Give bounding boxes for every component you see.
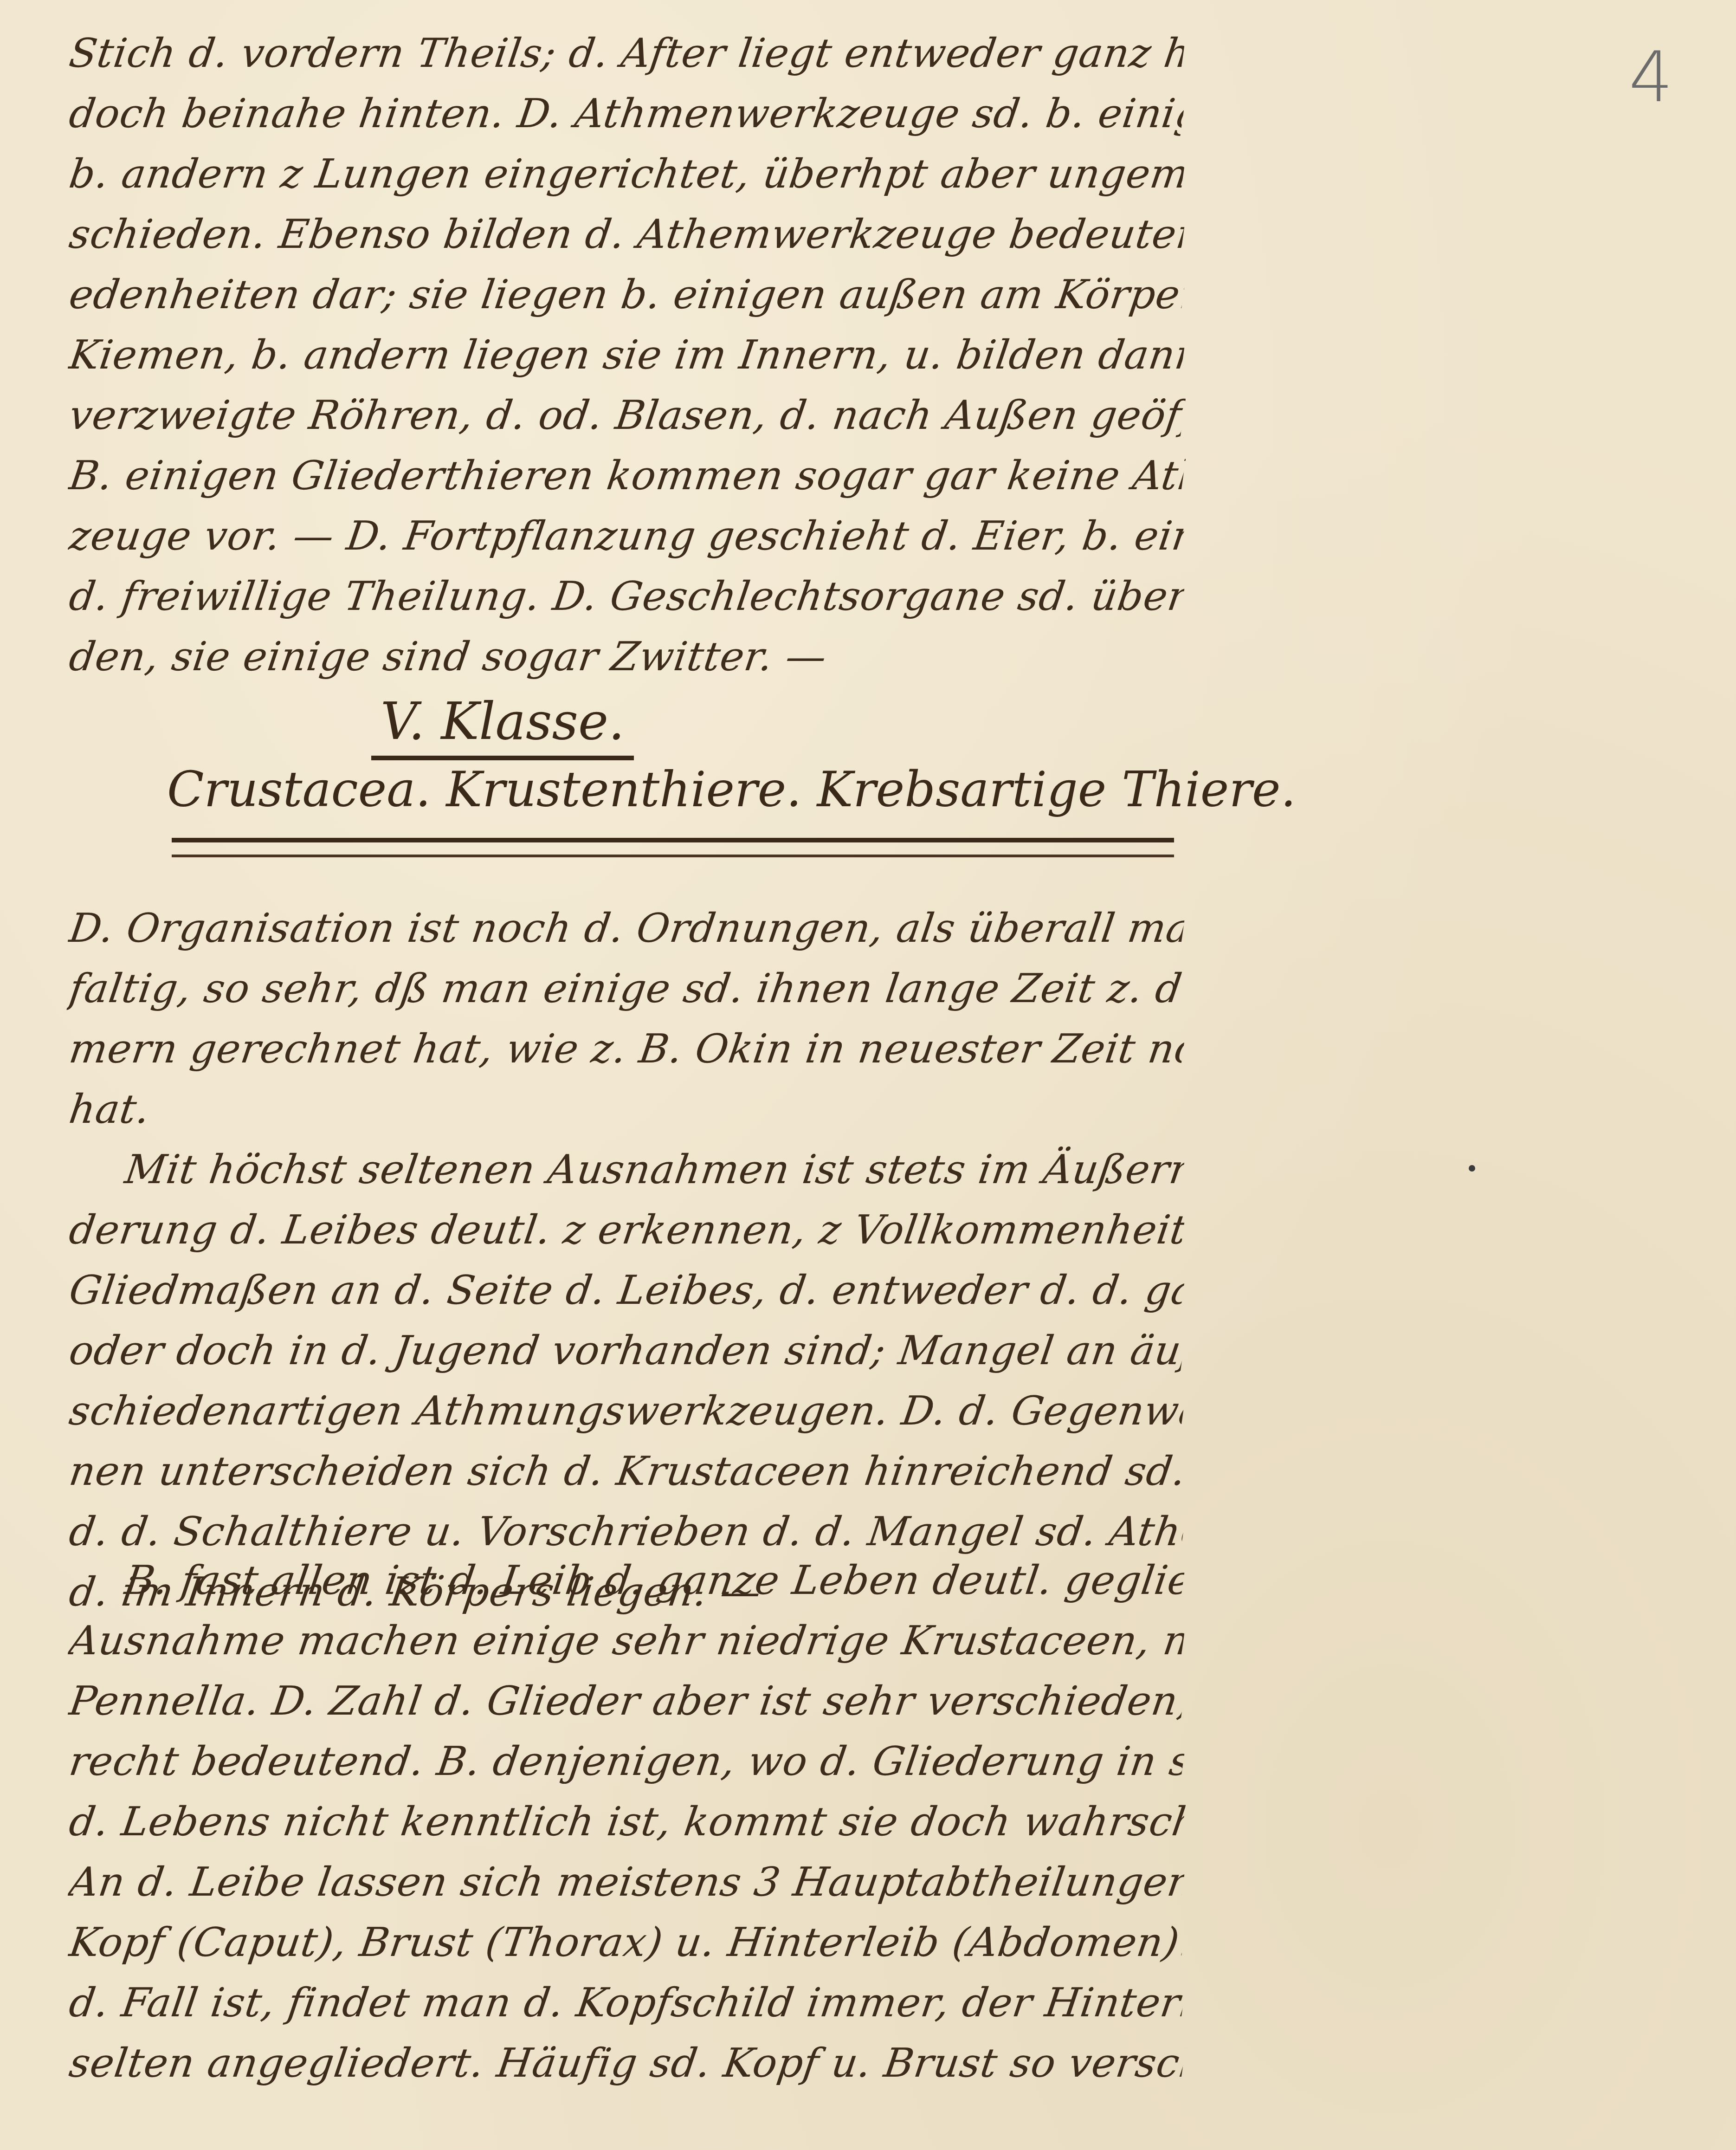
text-line: selten angegliedert. Häufig sd. Kopf u. … [65, 2033, 1187, 2093]
text-line: D. Organisation ist noch d. Ordnungen, a… [65, 898, 1187, 958]
text-line: d. Lebens nicht kenntlich ist, kommt sie… [65, 1792, 1187, 1852]
text-line: Stich d. vordern Theils; d. After liegt … [65, 23, 1187, 84]
text-line: Mit höchst seltenen Ausnahmen ist stets … [65, 1140, 1187, 1200]
text-line: B. fast allen ist d. Leib d. ganze Leben… [65, 1550, 1187, 1611]
text-line: An d. Leibe lassen sich meistens 3 Haupt… [65, 1852, 1187, 1912]
text-line: edenheiten dar; sie liegen b. einigen au… [65, 265, 1187, 325]
ink-spot [1469, 1165, 1475, 1172]
text-line: b. andern z Lungen eingerichtet, überhpt… [65, 144, 1187, 204]
paragraph-3: Mit höchst seltenen Ausnahmen ist stets … [70, 1140, 1183, 1622]
text-line: Kiemen, b. andern liegen sie im Innern, … [65, 325, 1187, 385]
text-line: nen unterscheiden sich d. Krustaceen hin… [65, 1441, 1187, 1502]
text-line: doch beinahe hinten. D. Athmenwerkzeuge … [65, 84, 1187, 144]
section-number: V. Klasse. [371, 692, 634, 760]
text-line: d. freiwillige Theilung. D. Geschlechtso… [65, 566, 1187, 627]
text-line: schiedenartigen Athmungswerkzeugen. D. d… [65, 1381, 1187, 1441]
text-line: verzweigte Röhren, d. od. Blasen, d. nac… [65, 385, 1187, 446]
text-line: mern gerechnet hat, wie z. B. Okin in ne… [65, 1019, 1187, 1079]
text-line: schieden. Ebenso bilden d. Athemwerkzeug… [65, 204, 1187, 265]
text-line: Pennella. D. Zahl d. Glieder aber ist se… [65, 1671, 1187, 1731]
text-line: derung d. Leibes deutl. z erkennen, z Vo… [65, 1200, 1187, 1260]
text-line: den, sie einige sind sogar Zwitter. — [65, 627, 1187, 687]
text-line: hat. [65, 1079, 1187, 1140]
page-number: 4 [1629, 37, 1673, 118]
text-line: Gliedmaßen an d. Seite d. Leibes, d. ent… [65, 1260, 1187, 1321]
text-line: zeuge vor. — D. Fortpflanzung geschieht … [65, 506, 1187, 566]
text-line: d. Fall ist, findet man d. Kopfschild im… [65, 1973, 1187, 2033]
text-line: Kopf (Caput), Brust (Thorax) u. Hinterle… [65, 1912, 1187, 1973]
paragraph-1: Stich d. vordern Theils; d. After liegt … [70, 23, 1183, 687]
paragraph-2: D. Organisation ist noch d. Ordnungen, a… [70, 898, 1183, 1140]
text-line: faltig, so sehr, dß man einige sd. ihnen… [65, 958, 1187, 1019]
text-line: Ausnahme machen einige sehr niedrige Kru… [65, 1611, 1187, 1671]
double-underline [172, 838, 1174, 857]
text-line: B. einigen Gliederthieren kommen sogar g… [65, 446, 1187, 506]
paragraph-4: B. fast allen ist d. Leib d. ganze Leben… [70, 1550, 1183, 2093]
text-line: oder doch in d. Jugend vorhanden sind; M… [65, 1321, 1187, 1381]
section-title: Crustacea. Krustenthiere. Krebsartige Th… [167, 761, 1296, 818]
text-line: recht bedeutend. B. denjenigen, wo d. Gl… [65, 1731, 1187, 1792]
